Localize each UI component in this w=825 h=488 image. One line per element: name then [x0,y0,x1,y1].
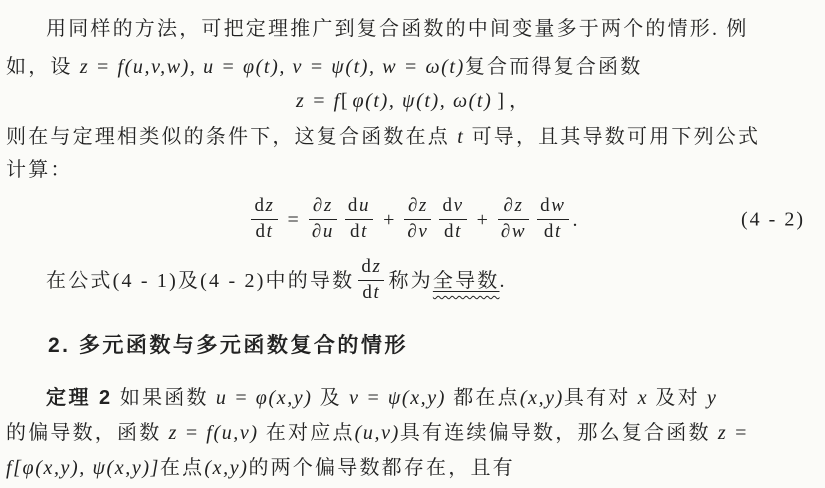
operator: + [377,209,400,231]
math-run: f[φ(x,y), ψ(x,y)] [6,457,160,479]
text-run: 在公式(4 - 1)及(4 - 2)中的导数 [6,270,354,292]
math-run: φ(t), ψ(t), ω(t) [353,90,493,112]
fraction-denominator: dt [251,220,277,243]
bold-run: 2. 多元函数与多元函数复合的情形 [48,334,408,357]
math-run: t [555,221,562,242]
roman-run: d [540,195,551,216]
math-run: w [551,195,565,216]
emphasized-term: 全导数 [433,270,500,292]
para2-line2: 计算： [4,155,821,185]
text-run: 都在点 [446,387,520,409]
math-run: (u,v) [355,422,400,444]
text-run: 的偏导数，函数 [6,422,169,444]
text-run: 如，设 [6,56,80,78]
math-run: z = f(u,v) [169,422,259,444]
math-run: z [372,256,381,277]
math-run: (x,y) [520,387,564,409]
text-run: ， [504,90,529,112]
roman-run: d [444,221,455,242]
math-run: t [455,221,462,242]
fraction: dzdt [251,196,277,243]
text-run: 可导，且其导数可用下列公式 [464,126,760,148]
math-run: ∂v [407,221,428,242]
fraction-denominator: dt [439,220,466,243]
fraction-numerator: dv [439,196,466,220]
fraction: dvdt [439,196,466,243]
fraction: dwdt [537,196,568,243]
fraction-numerator: ∂z [309,196,337,220]
emphasized-term-text: 全导数 [433,270,500,292]
para1-line1: 用同样的方法，可把定理推广到复合函数的中间变量多于两个的情形. 例 [4,14,821,44]
math-run: v [454,195,464,216]
text-run: 具有连续偏导数，那么复合函数 [400,422,718,444]
math-run: ∂z [313,195,333,216]
equation-4-2-body: dzdt=∂z∂ududt+∂z∂vdvdt+∂z∂wdwdt. [247,192,577,248]
fraction-numerator: du [345,196,373,220]
text-run: 的两个偏导数都存在，且有 [248,457,514,479]
roman-run: [ [341,90,353,112]
fraction-denominator: dt [537,220,568,243]
roman-run: d [544,221,555,242]
text-run: 如果函数 [113,387,216,409]
fraction-denominator: ∂w [498,220,529,243]
para2-line1: 则在与定理相类似的条件下，这复合函数在点 t 可导，且其导数可用下列公式 [4,122,821,152]
operator: = [282,209,305,231]
equation-4-2: dzdt=∂z∂ududt+∂z∂vdvdt+∂z∂wdwdt. (4 - 2) [4,192,821,248]
fraction: ∂z∂w [498,196,529,243]
math-run: z [266,195,275,216]
math-run: ∂u [312,221,334,242]
text-run: 称为 [388,270,432,292]
math-run: z = f [296,90,341,112]
math-run: y [707,387,717,409]
math-run: t [267,221,274,242]
fraction-denominator: dt [358,281,384,304]
roman-run: d [350,221,361,242]
operator: + [471,209,494,231]
text-run: 在点 [160,457,204,479]
section-heading: 2. 多元函数与多元函数复合的情形 [4,332,821,360]
fraction: ∂z∂u [309,196,337,243]
math-run: ∂w [501,221,526,242]
roman-run: . [573,209,578,231]
roman-run: d [255,221,266,242]
equation-4-2-number: (4 - 2) [741,209,805,232]
text-run: 及 [313,387,350,409]
math-run: ∂z [408,195,428,216]
fraction-denominator: dt [345,220,373,243]
text-run: . [500,270,507,292]
roman-run: d [348,195,359,216]
fraction-numerator: ∂z [498,196,529,220]
fraction-numerator: ∂z [404,196,431,220]
roman-run: d [361,256,372,277]
math-run: x [638,387,648,409]
math-run: (x,y) [204,457,248,479]
para3-total-derivative: 在公式(4 - 1)及(4 - 2)中的导数dzdt称为全导数. [4,255,821,307]
math-run: u = φ(x,y) [216,387,313,409]
text-run: 及对 [648,387,707,409]
theorem2-line1: 定理 2 如果函数 u = φ(x,y) 及 v = ψ(x,y) 都在点(x,… [4,383,821,413]
text-run: 计算： [6,159,73,181]
theorem2-line2: 的偏导数，函数 z = f(u,v) 在对应点(u,v)具有连续偏导数，那么复合… [4,418,821,448]
math-run: t [374,282,381,303]
text-run: 在对应点 [259,422,355,444]
math-run: t [361,221,368,242]
fraction-denominator: ∂u [309,220,337,243]
roman-run: ] [492,90,504,112]
fraction-numerator: dz [358,257,384,281]
roman-run: d [362,282,373,303]
roman-run: d [254,195,265,216]
math-run: v = ψ(x,y) [349,387,446,409]
text-run: 用同样的方法，可把定理推广到复合函数的中间变量多于两个的情形. 例 [46,18,749,40]
math-run: u [359,195,370,216]
equation-composite-function: z = f[ φ(t), ψ(t), ω(t) ] ， [4,86,821,116]
roman-run: d [442,195,453,216]
fraction: dzdt [358,257,384,304]
textbook-page: 用同样的方法，可把定理推广到复合函数的中间变量多于两个的情形. 例 如，设 z … [0,0,825,488]
math-run: ∂z [504,195,524,216]
fraction-numerator: dw [537,196,568,220]
bold-run: 定理 2 [46,387,113,409]
text-run: 具有对 [564,387,638,409]
text-run: 则在与定理相类似的条件下，这复合函数在点 [6,126,457,148]
theorem2-line3: f[φ(x,y), ψ(x,y)]在点(x,y)的两个偏导数都存在，且有 [4,453,821,483]
text-run: 复合而得复合函数 [465,56,643,78]
fraction: dudt [345,196,373,243]
math-run: z = f(u,v,w), u = φ(t), v = ψ(t), w = ω(… [80,56,465,78]
fraction-denominator: ∂v [404,220,431,243]
para1-line2: 如，设 z = f(u,v,w), u = φ(t), v = ψ(t), w … [4,52,821,82]
math-run: z = [718,422,749,444]
fraction-numerator: dz [251,196,277,220]
fraction: ∂z∂v [404,196,431,243]
